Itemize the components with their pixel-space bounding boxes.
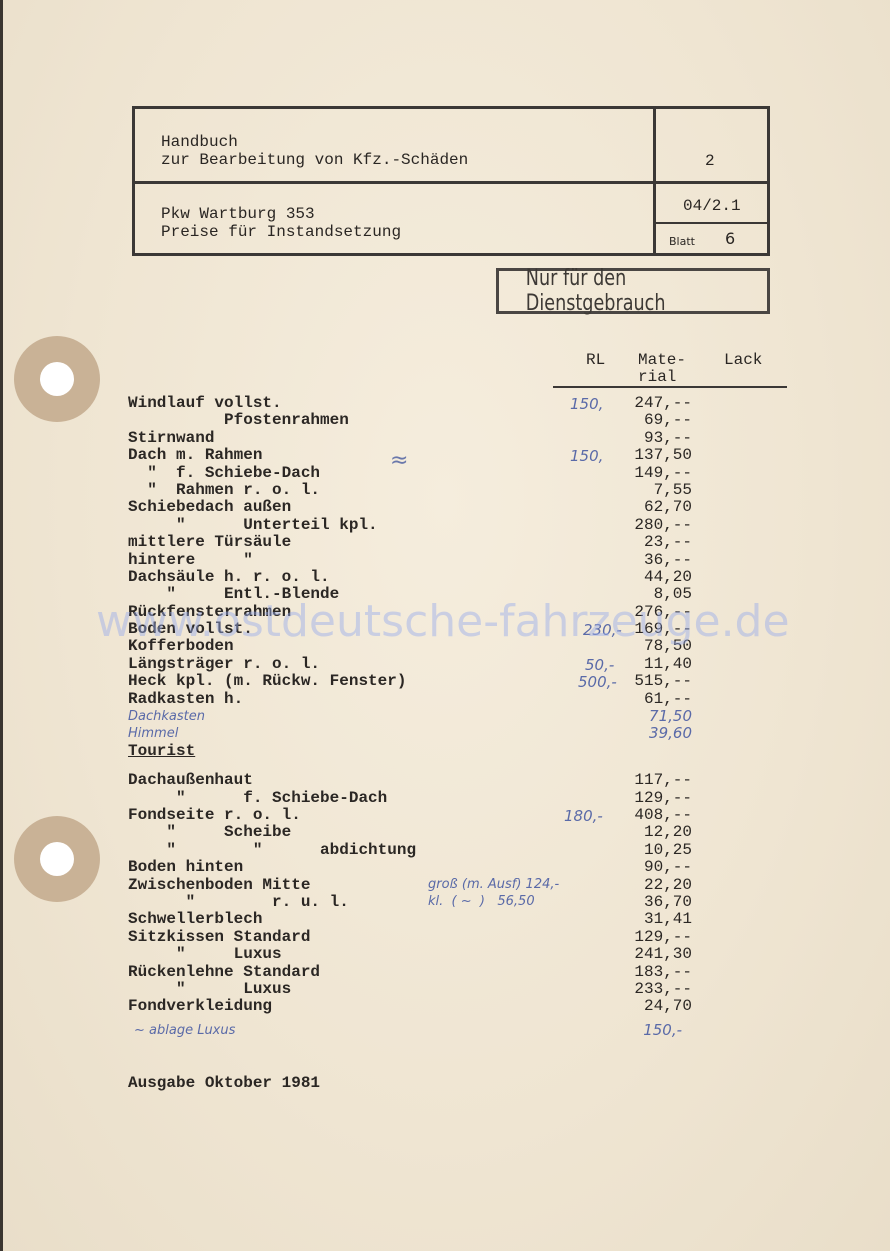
part-name: Boden hinten: [128, 859, 243, 876]
table-row: mittlere Türsäule23,--: [128, 534, 828, 551]
part-name: " r. u. l.: [128, 894, 349, 911]
column-header-rule: [553, 386, 787, 388]
table-row: Boden hinten90,--: [128, 859, 828, 876]
restricted-use-stamp: Nur für den Dienstgebrauch: [496, 268, 770, 314]
material-price: 408,--: [618, 807, 692, 824]
table-row: " Unterteil kpl.280,--: [128, 517, 828, 534]
table-row: Windlauf vollst.150,247,--: [128, 395, 828, 412]
handbook-subtitle: zur Bearbeitung von Kfz.-Schäden: [161, 151, 468, 169]
part-name: mittlere Türsäule: [128, 534, 291, 551]
part-name: " Rahmen r. o. l.: [128, 482, 320, 499]
part-name: Fondverkleidung: [128, 998, 272, 1015]
section-heading-tourist: Tourist: [128, 743, 195, 760]
edition-footer: Ausgabe Oktober 1981: [128, 1074, 320, 1092]
material-price: 10,25: [618, 842, 692, 859]
handwritten-row: Himmel39,60: [128, 725, 828, 742]
handbook-title: Handbuch: [161, 133, 238, 151]
table-row: " f. Schiebe-Dach129,--: [128, 790, 828, 807]
material-price: 280,--: [618, 517, 692, 534]
table-row: hintere "36,--: [128, 552, 828, 569]
document-page: Handbuch zur Bearbeitung von Kfz.-Schäde…: [0, 0, 890, 1251]
table-row: " " abdichtung10,25: [128, 842, 828, 859]
part-name: Rückenlehne Standard: [128, 964, 320, 981]
table-row: Dachaußenhaut117,--: [128, 772, 828, 789]
part-name: " f. Schiebe-Dach: [128, 790, 387, 807]
part-name: " Scheibe: [128, 824, 291, 841]
parts-price-list: Windlauf vollst.150,247,-- Pfostenrahmen…: [128, 395, 828, 1038]
table-row: Längsträger r. o. l.50,-11,40: [128, 656, 828, 673]
table-row: Dach m. Rahmen150,137,50: [128, 447, 828, 464]
part-name-handwritten: Dachkasten: [128, 708, 205, 725]
material-price: 129,--: [618, 929, 692, 946]
part-name: Längsträger r. o. l.: [128, 656, 320, 673]
section-heading-row: Tourist: [128, 743, 828, 760]
material-price: 137,50: [618, 447, 692, 464]
handwritten-note: kl. ( ~ ) 56,50: [428, 894, 535, 909]
column-header-material: Mate-: [638, 352, 686, 369]
handwritten-row: Dachkasten71,50: [128, 708, 828, 725]
part-name: " f. Schiebe-Dach: [128, 465, 320, 482]
material-price: 36,--: [618, 552, 692, 569]
part-name: Dach m. Rahmen: [128, 447, 262, 464]
header-divider: [135, 181, 767, 184]
part-name: Pfostenrahmen: [128, 412, 349, 429]
table-row: Schwellerblech31,41: [128, 911, 828, 928]
material-price: 24,70: [618, 998, 692, 1015]
part-name: Stirnwand: [128, 430, 214, 447]
sheet-label: Blatt: [669, 233, 695, 251]
material-price: 93,--: [618, 430, 692, 447]
table-row: Radkasten h.61,--: [128, 691, 828, 708]
table-row: " Luxus241,30: [128, 946, 828, 963]
part-name: " Luxus: [128, 946, 282, 963]
material-price: 233,--: [618, 981, 692, 998]
material-price: 62,70: [618, 499, 692, 516]
material-price-handwritten: 150,-: [608, 1022, 682, 1039]
column-header-lack: Lack: [724, 352, 762, 369]
part-name: Radkasten h.: [128, 691, 243, 708]
material-price: 22,20: [618, 877, 692, 894]
part-name: " Unterteil kpl.: [128, 517, 378, 534]
material-price: 12,20: [618, 824, 692, 841]
table-row: Pfostenrahmen69,--: [128, 412, 828, 429]
table-row: " Scheibe12,20: [128, 824, 828, 841]
table-row: Dachsäule h. r. o. l.44,20: [128, 569, 828, 586]
rl-value: 500,-: [578, 673, 617, 691]
material-price: 36,70: [618, 894, 692, 911]
part-name: Schiebedach außen: [128, 499, 291, 516]
website-watermark: www.ostdeutsche-fahrzeuge.de: [96, 596, 790, 647]
part-name: " " abdichtung: [128, 842, 416, 859]
header-table: Handbuch zur Bearbeitung von Kfz.-Schäde…: [132, 106, 770, 256]
material-price: 183,--: [618, 964, 692, 981]
material-price: 31,41: [618, 911, 692, 928]
part-name: Zwischenboden Mitte: [128, 877, 310, 894]
material-price: 11,40: [618, 656, 692, 673]
material-price: 44,20: [618, 569, 692, 586]
part-name: Windlauf vollst.: [128, 395, 282, 412]
sheet-number: 6: [725, 230, 735, 248]
punch-hole-top: [14, 336, 100, 422]
header-code-divider: [653, 222, 767, 224]
table-row: Fondseite r. o. l.180,-408,--: [128, 807, 828, 824]
table-row: " Rahmen r. o. l.7,55: [128, 482, 828, 499]
handwritten-note: groß (m. Ausf) 124,-: [428, 877, 559, 892]
material-price: 129,--: [618, 790, 692, 807]
part-name: Dachsäule h. r. o. l.: [128, 569, 330, 586]
material-price: 23,--: [618, 534, 692, 551]
material-price-handwritten: 71,50: [618, 708, 692, 725]
material-price: 515,--: [618, 673, 692, 690]
material-price: 7,55: [618, 482, 692, 499]
table-row: " r. u. l.kl. ( ~ ) 56,5036,70: [128, 894, 828, 911]
material-price: 90,--: [618, 859, 692, 876]
material-price-handwritten: 39,60: [618, 725, 692, 742]
part-name: Schwellerblech: [128, 911, 262, 928]
rl-value: 50,-: [585, 656, 614, 674]
part-name: Fondseite r. o. l.: [128, 807, 301, 824]
part-name: " Luxus: [128, 981, 291, 998]
material-price: 69,--: [618, 412, 692, 429]
material-price: 247,--: [618, 395, 692, 412]
part-name-handwritten: Himmel: [128, 725, 178, 742]
part-name: Sitzkissen Standard: [128, 929, 310, 946]
page-edge: [0, 0, 3, 1251]
part-name: Heck kpl. (m. Rückw. Fenster): [128, 673, 406, 690]
table-row: Rückenlehne Standard183,--: [128, 964, 828, 981]
table-row: Fondverkleidung24,70: [128, 998, 828, 1015]
column-header-rl: RL: [586, 352, 605, 369]
table-row: " Luxus233,--: [128, 981, 828, 998]
table-row: Zwischenboden Mittegroß (m. Ausf) 124,-2…: [128, 877, 828, 894]
section-number: 2: [705, 152, 715, 170]
stamp-text: Nur für den Dienstgebrauch: [526, 266, 740, 316]
column-header-material-2: rial: [638, 369, 676, 386]
table-row: Sitzkissen Standard129,--: [128, 929, 828, 946]
part-name-handwritten: ~ ablage Luxus: [134, 1022, 235, 1039]
vehicle-model: Pkw Wartburg 353: [161, 205, 315, 223]
material-price: 149,--: [618, 465, 692, 482]
punch-hole-bottom: [14, 816, 100, 902]
table-row: Heck kpl. (m. Rückw. Fenster)500,-515,--: [128, 673, 828, 690]
table-row: Stirnwand93,--: [128, 430, 828, 447]
material-price: 61,--: [618, 691, 692, 708]
table-row: " f. Schiebe-Dach149,--: [128, 465, 828, 482]
material-price: 117,--: [618, 772, 692, 789]
part-name: Dachaußenhaut: [128, 772, 253, 789]
header-column-divider: [653, 109, 656, 253]
document-code: 04/2.1: [683, 197, 741, 215]
handwritten-row: ~ ablage Luxus150,-: [128, 1016, 828, 1038]
material-price: 241,30: [618, 946, 692, 963]
document-subject: Preise für Instandsetzung: [161, 223, 401, 241]
rl-value: 180,-: [564, 807, 603, 825]
part-name: hintere ": [128, 552, 253, 569]
rl-value: 150,: [570, 447, 603, 465]
rl-value: 150,: [570, 395, 603, 413]
table-row: Schiebedach außen62,70: [128, 499, 828, 516]
